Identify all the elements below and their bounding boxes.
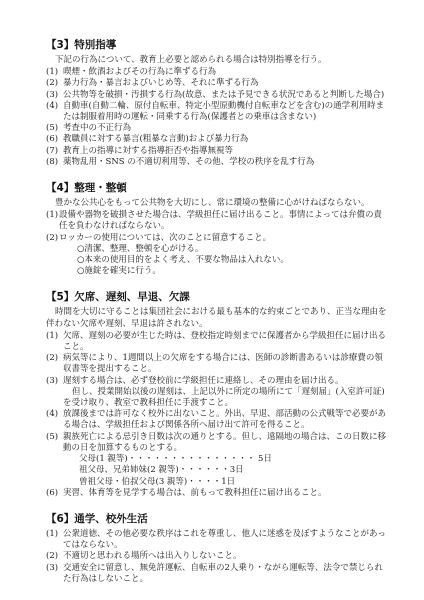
item-text: 教育上の指導に対する指導拒否や指導無視等 — [63, 146, 388, 157]
list-item: (6) 実習、体育等を見学する場合は、前もって教科担任に届け出ること。 — [46, 488, 388, 499]
section-intro: 豊かな公共心をもって公共物を大切にし、常に環境の整備に心がけねばならない。 — [46, 198, 388, 209]
list-item: (5) 親族死亡による忌引き日数は次の通りとする。但し、遠隔地の場合は、この日数… — [46, 432, 388, 488]
item-number: (4) — [46, 101, 63, 123]
item-number: (2) — [46, 551, 63, 562]
item-text: 親族死亡による忌引き日数は次の通りとする。但し、遠隔地の場合は、この日数に移動の… — [63, 432, 388, 488]
item-number: (3) — [46, 90, 63, 101]
item-text: 欠席、遅刻の必要が生じた時は、登校指定時刻までに保護者から学級担任に届け出ること… — [63, 331, 388, 353]
item-number: (2) — [46, 78, 63, 89]
item-text: 自動車(自動二輪、原付自転車、特定小型原動機付自転車などを含む)の通学利用時また… — [63, 101, 388, 123]
list-item: (2) ロッカーの使用については、次のことに留意すること。 — [46, 233, 388, 244]
item-number: (5) — [46, 432, 63, 488]
item-text: 教職員に対する暴言(粗暴な言動)および暴力行為 — [63, 134, 388, 145]
list-item: (2) 暴力行為・暴言およびいじめ等、それに準ずる行為 — [46, 78, 388, 89]
section-commuting-outside-school: 【6】通学、校外生活 (1) 公衆道徳、その他必要な秩序はこれを尊重し、他人に迷… — [46, 513, 388, 585]
item-number: (4) — [46, 409, 63, 431]
item-text: 不適切と思われる場所へは出入りしないこと。 — [63, 551, 388, 562]
section-heading: 【4】整理・整頓 — [46, 182, 388, 195]
item-number: (1) — [46, 210, 59, 232]
item-number: (1) — [46, 529, 63, 551]
item-number: (7) — [46, 146, 63, 157]
mourning-leave-item: 曽祖父母・伯叔父母(3 親等)・・・・1日 — [79, 477, 388, 488]
list-item: (4) 自動車(自動二輪、原付自転車、特定小型原動機付自転車などを含む)の通学利… — [46, 101, 388, 123]
list-item: (8) 薬物乱用・SNS の不適切利用等、その他、学校の秩序を乱す行為 — [46, 157, 388, 168]
section-absence-tardiness: 【5】欠席、遅刻、早退、欠課 時間を大切に守ることは集団社会における最も基本的な… — [46, 291, 388, 498]
list-item: (1) 欠席、遅刻の必要が生じた時は、登校指定時刻までに保護者から学級担任に届け… — [46, 331, 388, 353]
mourning-leave-item: 祖父母、兄弟姉妹(2 親等)・・・・・・3日 — [79, 465, 388, 476]
list-item: (6) 教職員に対する暴言(粗暴な言動)および暴力行為 — [46, 134, 388, 145]
item-text: 実習、体育等を見学する場合は、前もって教科担任に届け出ること。 — [63, 488, 388, 499]
item-main-text: 遅刻する場合は、必ず登校前に学級担任に連絡し、その理由を届け出る。 — [63, 376, 344, 386]
item-number: (6) — [46, 488, 63, 499]
item-number: (3) — [46, 376, 63, 410]
section-heading: 【5】欠席、遅刻、早退、欠課 — [46, 291, 388, 304]
item-text: 病気等により、1週間以上の欠席をする場合には、医師の診断書あるいは診療費の領収書… — [63, 353, 388, 375]
item-text: 放課後までは許可なく校外に出ないこと。外出、早退、部活動の公式戦等で必要がある場… — [63, 409, 388, 431]
item-number: (3) — [46, 563, 63, 585]
item-text: ロッカーの使用については、次のことに留意すること。 — [59, 233, 388, 244]
locker-rule-item: ○施錠を確実に行う。 — [77, 266, 388, 277]
item-number: (8) — [46, 157, 63, 168]
list-item: (1) 設備や器物を破損させた場合は、学級担任に届け出ること。事情によっては弁償… — [46, 210, 388, 232]
section-intro: 下記の行為について、教育上必要と認められる場合は特別指導を行う。 — [46, 55, 388, 66]
list-item: (1) 公衆道徳、その他必要な秩序はこれを尊重し、他人に迷惑を及ぼすようなことが… — [46, 529, 388, 551]
list-item: (7) 教育上の指導に対する指導拒否や指導無視等 — [46, 146, 388, 157]
item-number: (6) — [46, 134, 63, 145]
item-text: 喫煙・飲酒およびその行為に準ずる行為 — [63, 67, 388, 78]
list-item: (2) 不適切と思われる場所へは出入りしないこと。 — [46, 551, 388, 562]
item-number: (5) — [46, 123, 63, 134]
item-number: (2) — [46, 353, 63, 375]
list-item: (2) 病気等により、1週間以上の欠席をする場合には、医師の診断書あるいは診療費… — [46, 353, 388, 375]
item-number: (1) — [46, 331, 63, 353]
list-item: (3) 交通安全に留意し、無免許運転、自転車の2人乗り・ながら運転等、法令で禁じ… — [46, 563, 388, 585]
locker-rule-item: ○清潔、整理、整頓を心がける。 — [77, 244, 388, 255]
list-item: (4) 放課後までは許可なく校外に出ないこと。外出、早退、部活動の公式戦等で必要… — [46, 409, 388, 431]
item-main-text: 親族死亡による忌引き日数は次の通りとする。但し、遠隔地の場合は、この日数に移動の… — [63, 432, 386, 453]
list-item: (3) 遅刻する場合は、必ず登校前に学級担任に連絡し、その理由を届け出る。 但し… — [46, 376, 388, 410]
item-number: (2) — [46, 233, 59, 244]
item-text: 暴力行為・暴言およびいじめ等、それに準ずる行為 — [63, 78, 388, 89]
list-item: (3) 公共物等を破損・汚損する行為(故意、または予見できる状況であると判断した… — [46, 90, 388, 101]
section-heading: 【6】通学、校外生活 — [46, 513, 388, 526]
locker-rule-item: ○本来の使用目的をよく考え、不要な物品は入れない。 — [77, 255, 388, 266]
section-tidiness: 【4】整理・整頓 豊かな公共心をもって公共物を大切にし、常に環境の整備に心がけね… — [46, 182, 388, 277]
mourning-leave-list: 父母(1 親等)・・・・・・・・・・・・・・・ 5日 祖父母、兄弟姉妹(2 親等… — [79, 454, 388, 488]
item-text: 公共物等を破損・汚損する行為(故意、または予見できる状況であると判断した場合) — [63, 90, 388, 101]
list-item: (5) 考査中の不正行為 — [46, 123, 388, 134]
locker-rule-list: ○清潔、整理、整頓を心がける。 ○本来の使用目的をよく考え、不要な物品は入れない… — [77, 244, 388, 278]
item-text: 薬物乱用・SNS の不適切利用等、その他、学校の秩序を乱す行為 — [63, 157, 388, 168]
mourning-leave-item: 父母(1 親等)・・・・・・・・・・・・・・・ 5日 — [79, 454, 388, 465]
item-text: 考査中の不正行為 — [63, 123, 388, 134]
section-heading: 【3】特別指導 — [46, 39, 388, 52]
list-item: (1) 喫煙・飲酒およびその行為に準ずる行為 — [46, 67, 388, 78]
section-special-guidance: 【3】特別指導 下記の行為について、教育上必要と認められる場合は特別指導を行う。… — [46, 39, 388, 168]
item-text: 遅刻する場合は、必ず登校前に学級担任に連絡し、その理由を届け出る。 但し、授業開… — [63, 376, 388, 410]
item-text: 設備や器物を破損させた場合は、学級担任に届け出ること。事情によっては弁償の責任を… — [59, 210, 388, 232]
section-intro: 時間を大切に守ることは集団社会における最も基本的な約束ごとであり、正当な理由を伴… — [46, 307, 388, 329]
item-text: 公衆道徳、その他必要な秩序はこれを尊重し、他人に迷惑を及ぼすようなことがあっては… — [63, 529, 388, 551]
item-note: 但し、授業開始以後の遅刻は、上記以外に所定の場所にて「遅刻届」(入室許可証)を受… — [63, 387, 388, 409]
item-text: 交通安全に留意し、無免許運転、自転車の2人乗り・ながら運転等、法令で禁じられた行… — [63, 563, 388, 585]
item-number: (1) — [46, 67, 63, 78]
document-page: 【3】特別指導 下記の行為について、教育上必要と認められる場合は特別指導を行う。… — [0, 0, 424, 600]
